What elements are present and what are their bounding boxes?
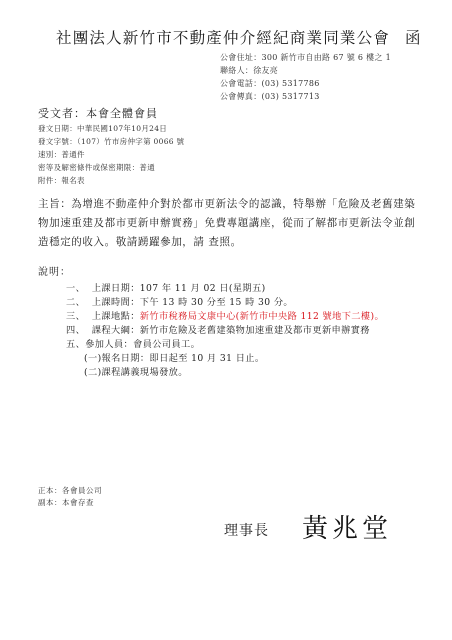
carbon-copy: 副本：本會存查 [38, 497, 94, 508]
explanation-subitem-2: (二)課程講義現場發放。 [84, 364, 188, 378]
contact-person: 聯絡人：徐友亮 [220, 65, 278, 76]
contact-address: 公會住址：300 新竹市自由路 67 號 6 樓之 1 [220, 52, 391, 63]
doc-type: 函 [405, 26, 421, 48]
explanation-item-1: 一、 上課日期：107 年 11 月 02 日(星期五) [66, 280, 266, 294]
item-number: 一、 [66, 283, 85, 294]
explanation-subitem-1: (一)報名日期：即日起至 10 月 31 日止。 [84, 350, 264, 364]
doc-number: 發文字號：（107）竹市房仲字第 0066 號 [38, 136, 184, 147]
explanation-item-2: 二、 上課時間：下午 13 時 30 分至 15 時 30 分。 [66, 294, 293, 308]
item-number: 三、 [66, 311, 85, 322]
speed-class: 速別：普通件 [38, 149, 85, 160]
issue-date: 發文日期：中華民國107年10月24日 [38, 123, 167, 134]
item-label: 課程大綱： [92, 325, 140, 336]
recipient: 受文者：本會全體會員 [38, 105, 158, 121]
item-label: 參加人員： [85, 339, 133, 350]
explanation-item-4: 四、 課程大綱：新竹市危險及老舊建築物加速重建及都市更新申辦實務 [66, 322, 370, 336]
item-label: 上課地點： [92, 311, 140, 322]
item-number: 四、 [66, 325, 85, 336]
attachment: 附件：報名表 [38, 175, 85, 186]
signature-title: 理事長 [224, 520, 269, 540]
item-value: 會員公司員工。 [133, 339, 200, 350]
explanation-item-3: 三、 上課地點：新竹市稅務局文康中心(新竹市中央路 112 號地下二樓)。 [66, 308, 384, 322]
item-value-highlighted: 新竹市稅務局文康中心(新竹市中央路 112 號地下二樓)。 [140, 311, 384, 322]
contact-fax: 公會傳真：(03) 5317713 [220, 91, 320, 102]
explanation-item-5: 五、參加人員：會員公司員工。 [66, 336, 200, 350]
security-level: 密等及解密條件或保密期限：普通 [38, 162, 155, 173]
item-label: 上課日期： [92, 283, 140, 294]
signature-name: 黃兆堂 [302, 508, 392, 545]
contact-phone: 公會電話：(03) 5317786 [220, 78, 320, 89]
item-value: 新竹市危險及老舊建築物加速重建及都市更新申辦實務 [140, 325, 370, 336]
item-value: 107 年 11 月 02 日(星期五) [140, 283, 266, 294]
original-copy: 正本：各會員公司 [38, 485, 102, 496]
org-title: 社團法人新竹市不動產仲介經紀商業同業公會 [56, 26, 390, 48]
item-number: 五、 [66, 339, 85, 350]
item-label: 上課時間： [92, 297, 140, 308]
item-value: 下午 13 時 30 分至 15 時 30 分。 [140, 297, 293, 308]
item-number: 二、 [66, 297, 85, 308]
explanation-label: 說明： [38, 263, 71, 278]
subject: 主旨：為增進不動產仲介對於都市更新法令的認識，特舉辦「危險及老舊建築物加速重建及… [38, 195, 418, 252]
